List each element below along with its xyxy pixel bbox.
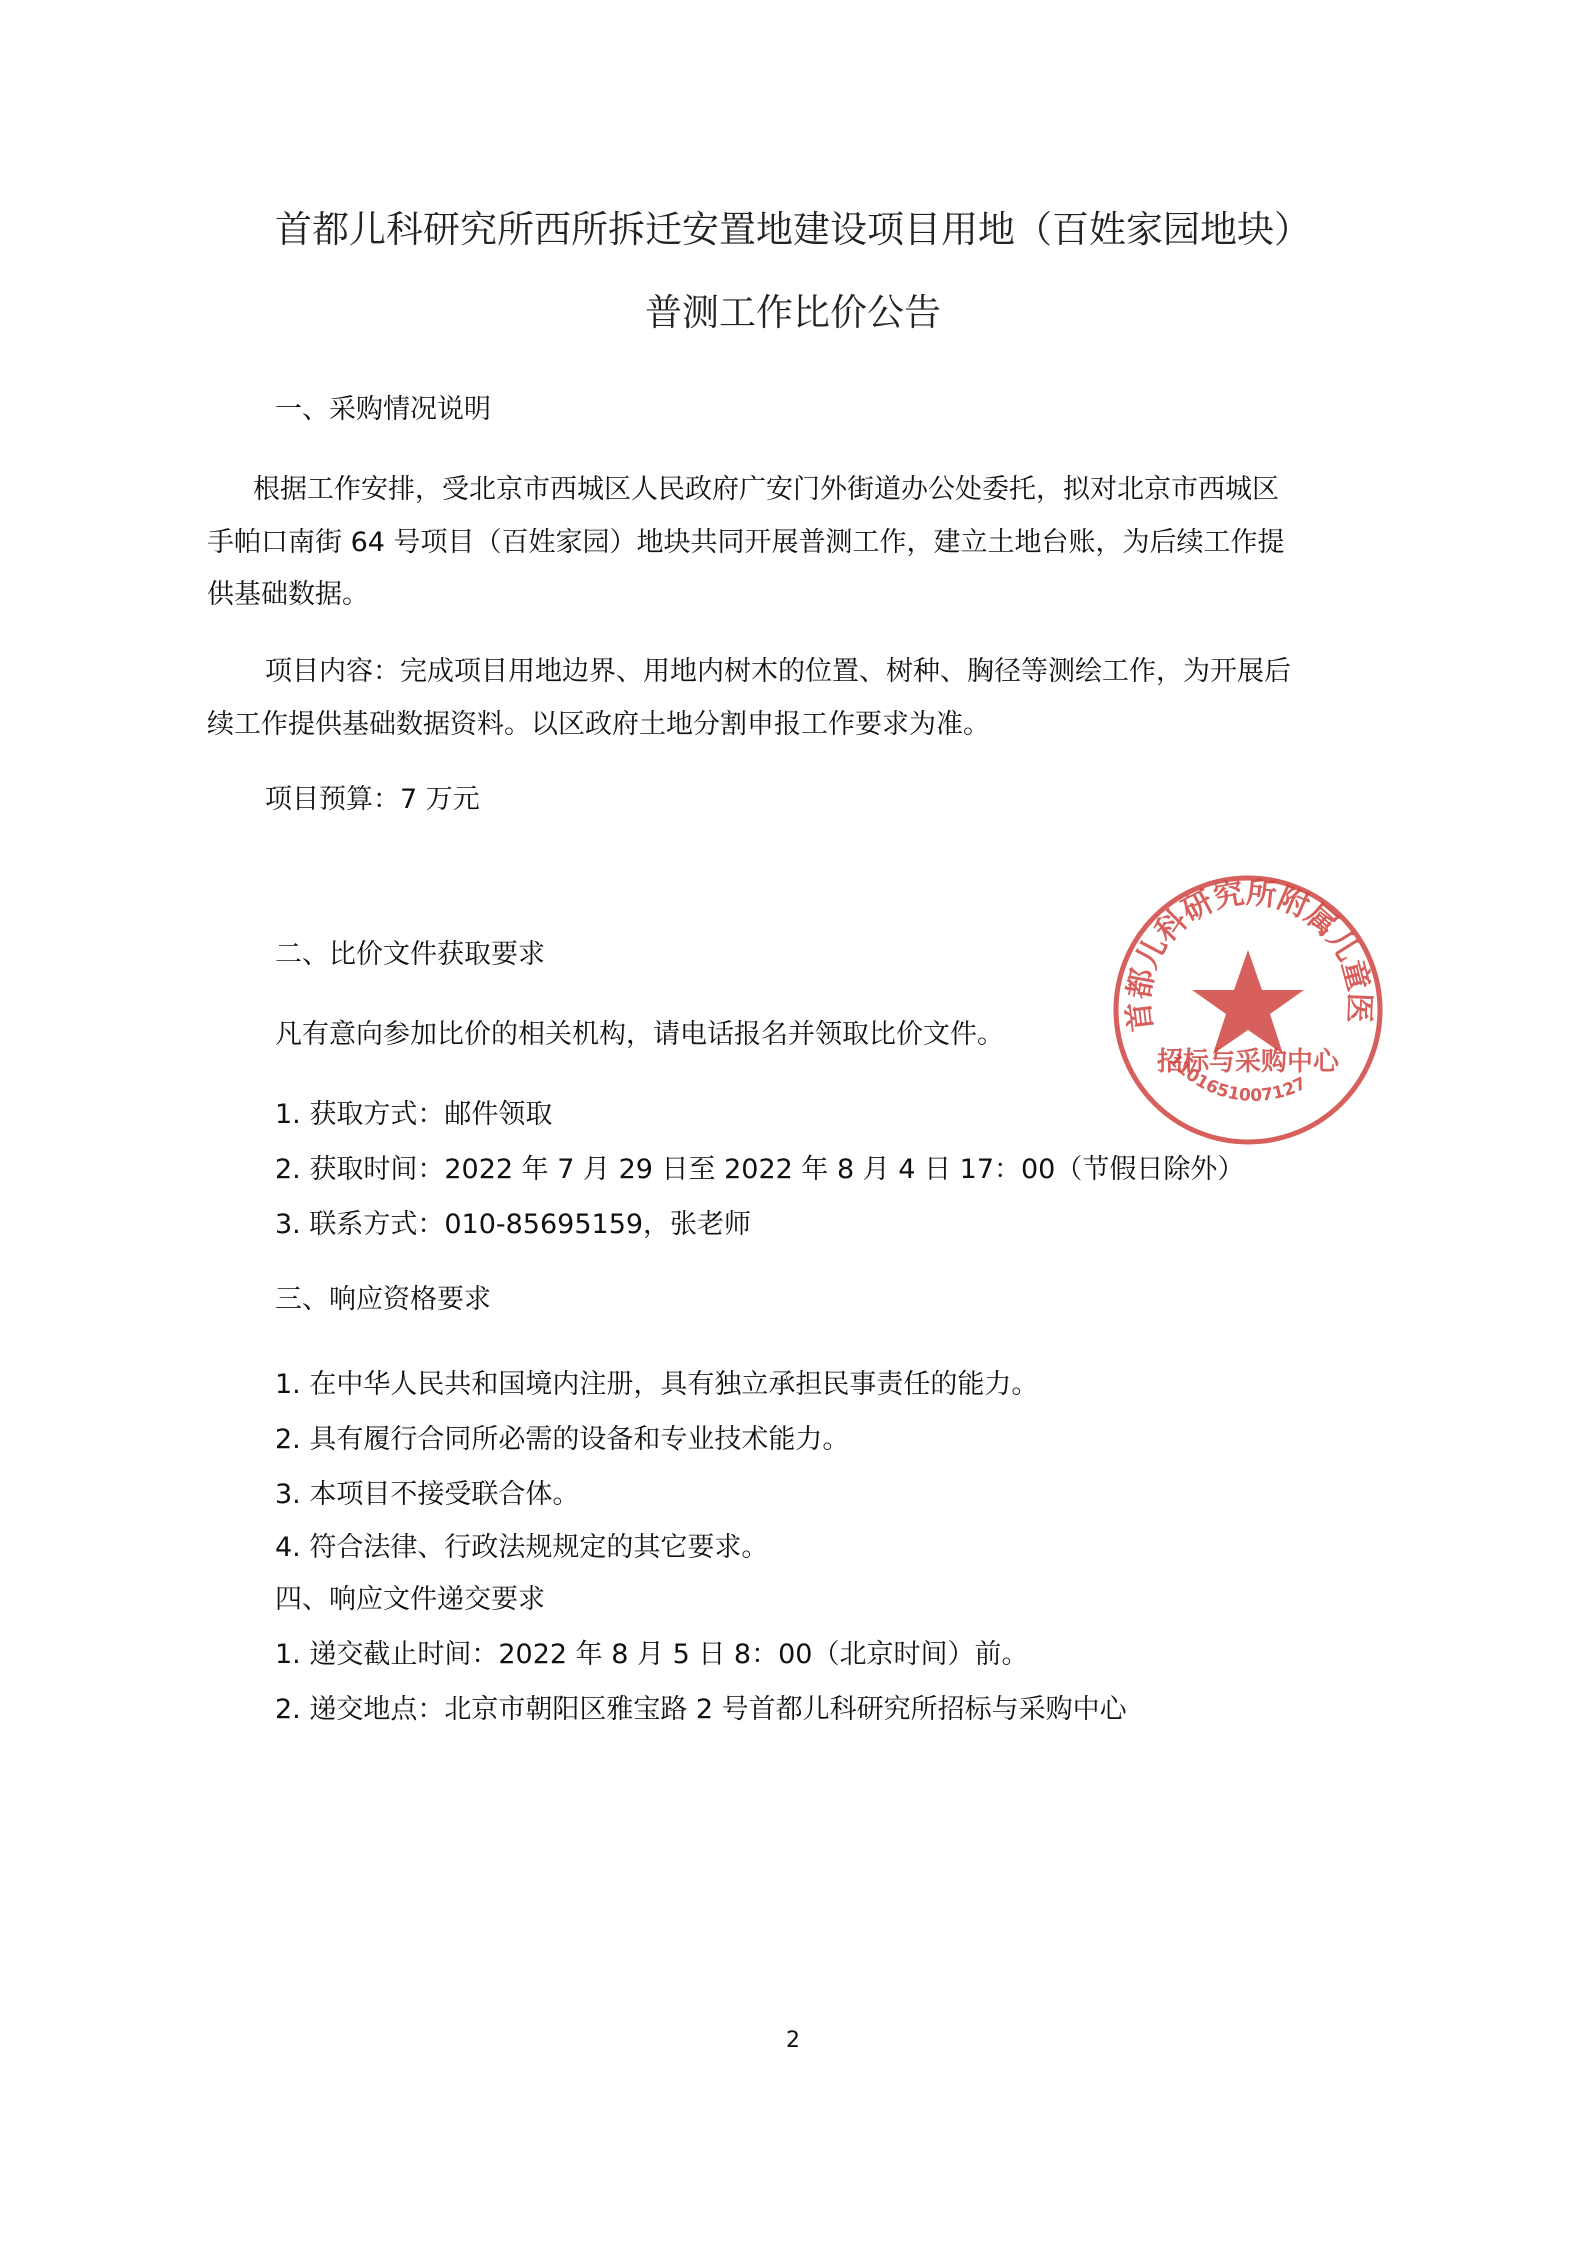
official-seal-stamp-icon: 首都儿科研究所附属儿童医院 招标与采购中心 1101651007127 <box>1108 870 1388 1150</box>
page-number: 2 <box>0 2028 1586 2053</box>
project-budget: 项目预算：7 万元 <box>265 782 480 818</box>
document-title-line2: 普测工作比价公告 <box>0 288 1586 338</box>
section1-para1-line2: 手帕口南街 64 号项目（百姓家园）地块共同开展普测工作，建立土地台账，为后续工… <box>207 525 1285 561</box>
section2-item-2: 2. 获取时间：2022 年 7 月 29 日至 2022 年 8 月 4 日 … <box>275 1152 1244 1188</box>
section3-heading: 三、响应资格要求 <box>275 1282 491 1318</box>
section3-item-2: 2. 具有履行合同所必需的设备和专业技术能力。 <box>275 1422 849 1458</box>
section1-para1-line1: 根据工作安排，受北京市西城区人民政府广安门外街道办公处委托，拟对北京市西城区 <box>253 472 1279 508</box>
section1-para2-line1: 项目内容：完成项目用地边界、用地内树木的位置、树种、胸径等测绘工作，为开展后 <box>265 654 1291 690</box>
section4-heading: 四、响应文件递交要求 <box>275 1582 545 1618</box>
section2-item-3: 3. 联系方式：010-85695159，张老师 <box>275 1207 751 1243</box>
section3-item-3: 3. 本项目不接受联合体。 <box>275 1477 579 1513</box>
section3-item-4: 4. 符合法律、行政法规规定的其它要求。 <box>275 1530 768 1566</box>
section2-intro: 凡有意向参加比价的相关机构，请电话报名并领取比价文件。 <box>275 1017 1004 1053</box>
section1-para1-line3: 供基础数据。 <box>207 577 369 613</box>
section2-item-1: 1. 获取方式：邮件领取 <box>275 1097 552 1133</box>
document-title-line1: 首都儿科研究所西所拆迁安置地建设项目用地（百姓家园地块） <box>0 205 1586 255</box>
section3-item-1: 1. 在中华人民共和国境内注册，具有独立承担民事责任的能力。 <box>275 1367 1038 1403</box>
section2-heading: 二、比价文件获取要求 <box>275 937 545 973</box>
section1-heading: 一、采购情况说明 <box>275 392 491 428</box>
section4-item-1: 1. 递交截止时间：2022 年 8 月 5 日 8：00（北京时间）前。 <box>275 1637 1028 1673</box>
section4-item-2: 2. 递交地点：北京市朝阳区雅宝路 2 号首都儿科研究所招标与采购中心 <box>275 1692 1127 1728</box>
section1-para2-line2: 续工作提供基础数据资料。以区政府土地分割申报工作要求为准。 <box>207 707 990 743</box>
